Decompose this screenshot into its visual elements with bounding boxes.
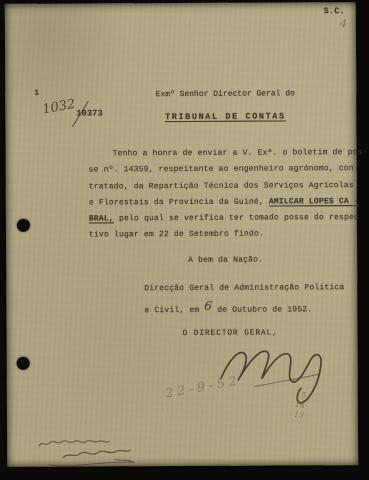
closing-motto: A bem da Nação.: [188, 256, 263, 265]
typed-line: Tenho a honra de enviar a V. Exª. o bole…: [89, 148, 353, 166]
typed-line: e Florestais da Província da Guiné, AMIL…: [89, 197, 353, 215]
tribunal-title: TRIBUNAL DE CONTAS: [165, 111, 286, 122]
punch-hole-icon: [17, 219, 30, 232]
typed-line: se nº. 14359, respeitante ao engenheiro …: [89, 164, 353, 182]
reference-number-typed: 10373: [76, 108, 103, 118]
line4-text: e Florestais da Província da Guiné,: [89, 197, 269, 207]
pencil-annotation-top: 4: [339, 17, 347, 31]
office-line-2-suffix: de Outubro de 1952.: [212, 305, 312, 315]
punch-hole-icon: [17, 357, 30, 370]
typed-line: tratado, da Repartição Técnica dos Servi…: [89, 181, 353, 199]
classification-mark: S.C.: [324, 6, 345, 16]
addressee-line: Exmº Senhor Director Geral do: [105, 89, 345, 99]
archivist-note-handwriting: [31, 435, 156, 472]
pencil-number-column: 15 14 13: [293, 390, 307, 421]
cabral-name-underlined: AMILCAR LOPES CA -: [269, 197, 359, 206]
page-number: 1: [34, 89, 39, 98]
signoff-title: O DIRECTOR GERAL,: [182, 328, 277, 337]
pencil-number: 13: [293, 410, 304, 421]
office-day-handwritten: 6: [203, 298, 213, 313]
typed-line: BRAL, pelo qual se verifica ter tomado p…: [89, 213, 353, 231]
reference-number-handwritten: 1032: [41, 97, 76, 118]
document-paper: S.C. 4 1 1032 10373 Exmº Senhor Director…: [5, 2, 358, 467]
cabral-name-underlined: BRAL,: [89, 215, 114, 224]
office-line-2: e Civil, em 6 de Outubro de 1952.: [144, 300, 312, 315]
office-line-2-prefix: e Civil, em: [144, 306, 204, 315]
line5-text: pelo qual se verifica ter tomado posse d…: [114, 213, 359, 223]
scan-background: { "header": { "classification": "S.C.", …: [0, 0, 369, 480]
addressee-block: Exmº Senhor Director Geral do TRIBUNAL D…: [105, 89, 345, 124]
typed-line: tivo lugar em 22 de Setembro findo.: [89, 230, 353, 248]
office-line-1: Direcção Geral de Administração Política: [144, 283, 344, 293]
body-paragraph: Tenho a honra de enviar a V. Exª. o bole…: [89, 148, 354, 247]
